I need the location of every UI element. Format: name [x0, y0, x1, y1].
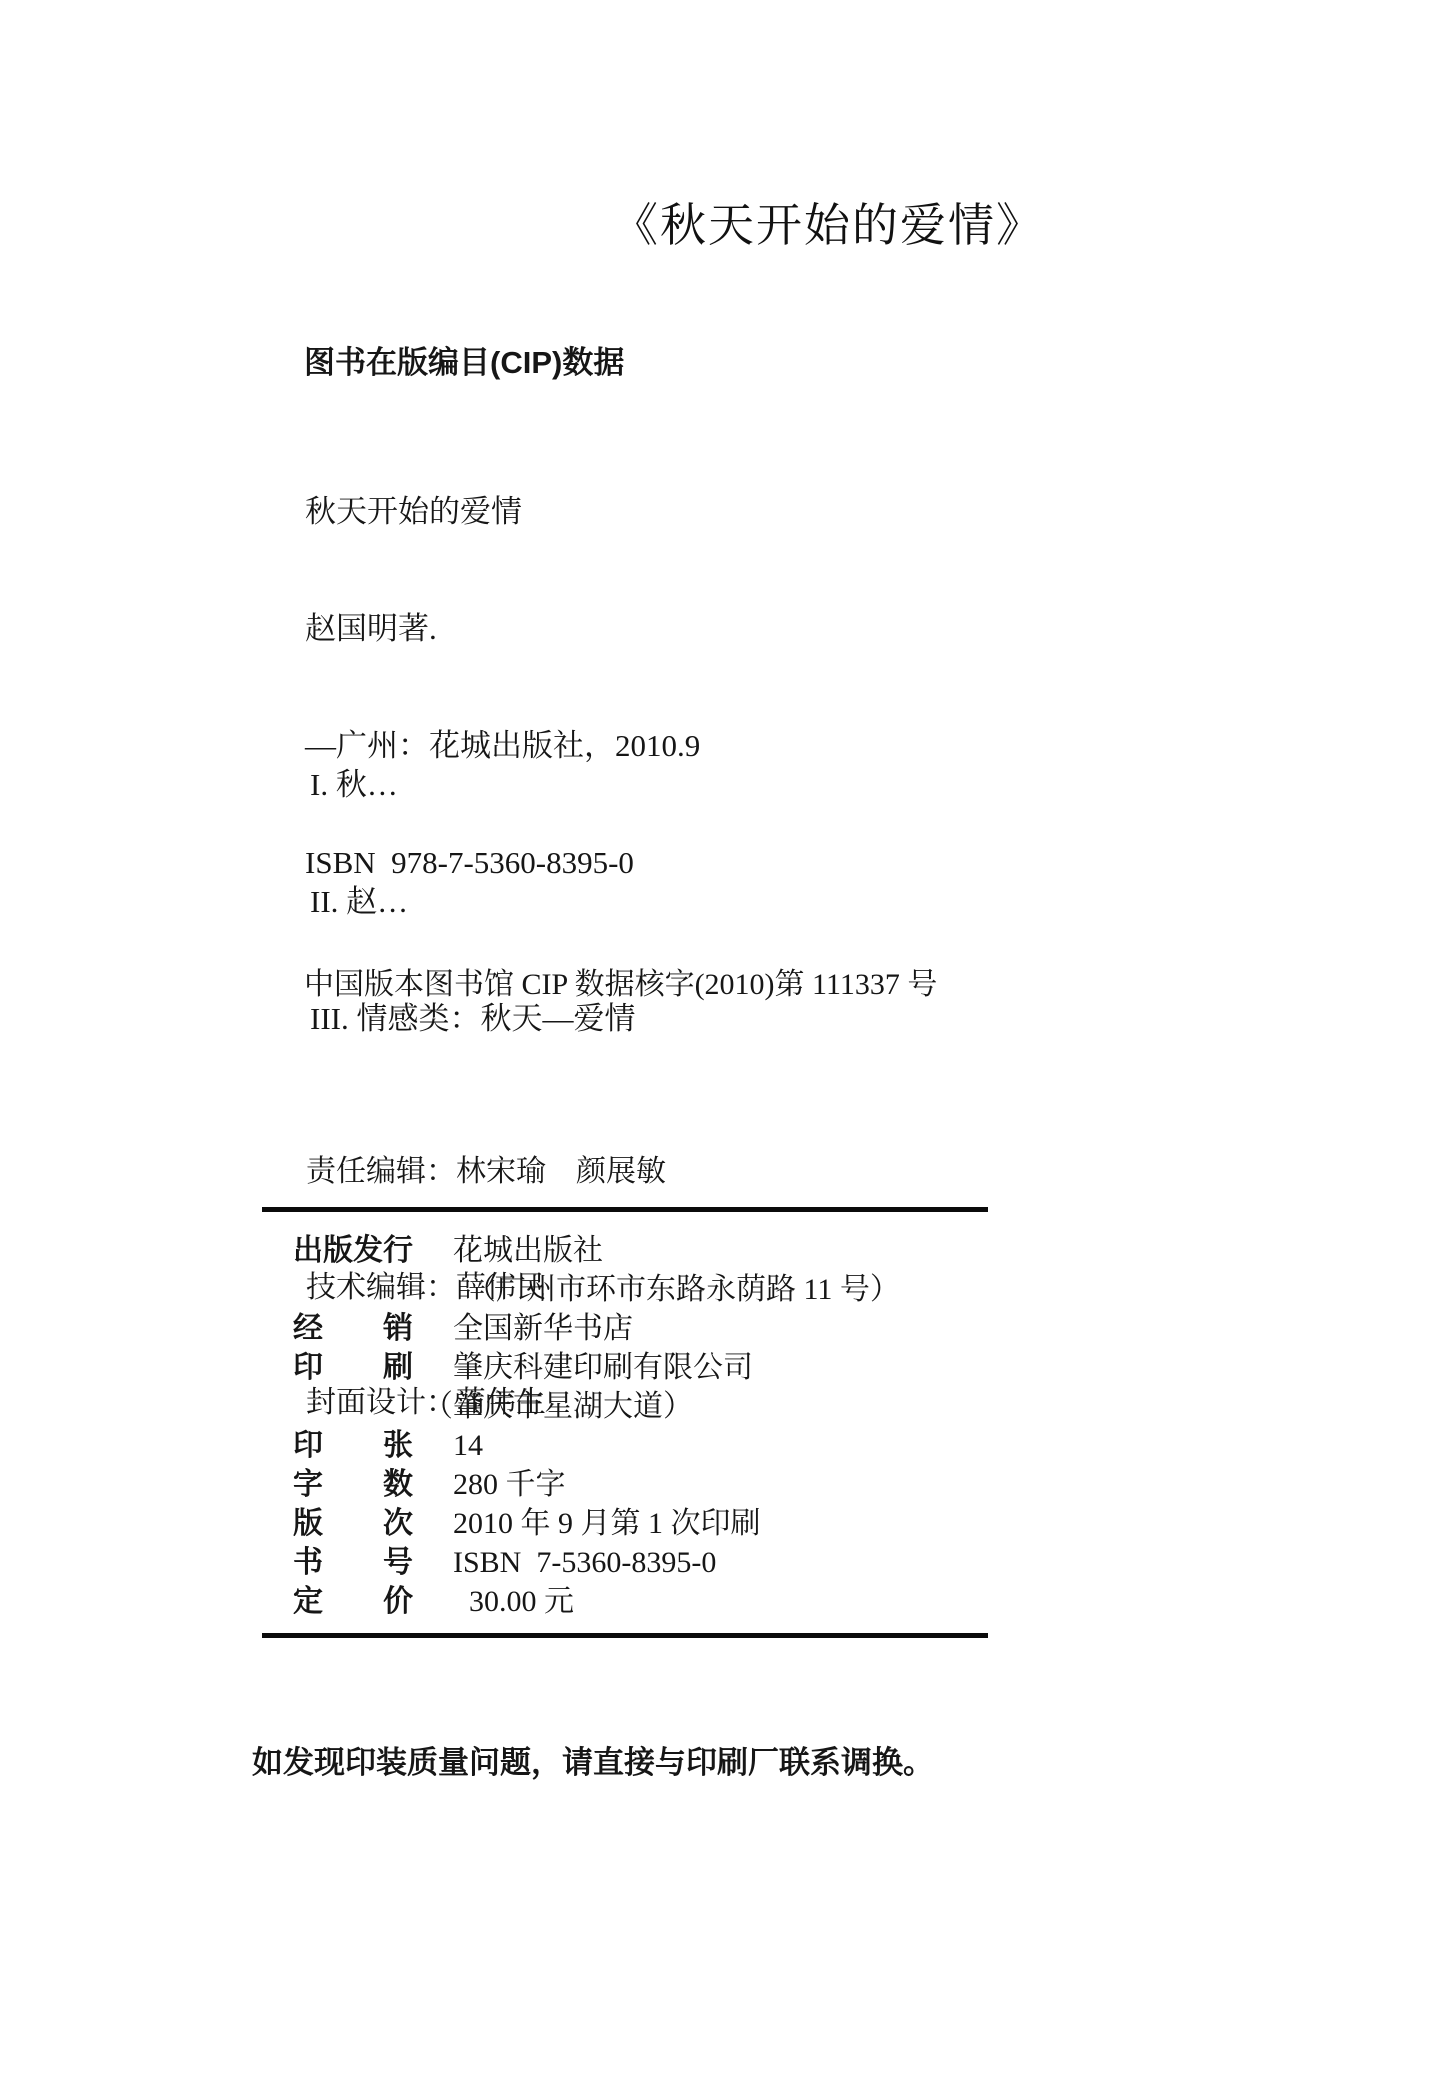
copyright-page: 《秋天开始的爱情》 图书在版编目(CIP)数据 秋天开始的爱情 赵国明著. —广…: [0, 0, 1450, 2100]
classification-item-3: III. 情感类：秋天—爱情: [310, 999, 635, 1038]
colophon-value: 280 千字: [453, 1465, 566, 1504]
colophon-value: 2010 年 9 月第 1 次印刷: [453, 1504, 761, 1543]
colophon-value: （广州市环市东路永荫路 11 号）: [466, 1270, 900, 1309]
colophon-row-printer: 印刷 肇庆科建印刷有限公司: [0, 1348, 1450, 1387]
colophon-row-price: 定价 30.00 元: [0, 1582, 1450, 1621]
colophon-value: ISBN 7-5360-8395-0: [453, 1543, 716, 1582]
divider-bottom: [262, 1633, 988, 1638]
colophon-label: 定价: [293, 1582, 413, 1621]
colophon-label: 经销: [293, 1309, 413, 1348]
colophon-label: 版次: [293, 1504, 413, 1543]
classification-item-1: I. 秋…: [310, 765, 635, 804]
colophon-value: 14: [453, 1426, 483, 1465]
book-info-author-line: 赵国明著.: [305, 609, 700, 648]
classification-item-2: II. 赵…: [310, 882, 635, 921]
colophon-value: 花城出版社: [453, 1231, 603, 1270]
colophon-label: 书号: [293, 1543, 413, 1582]
colophon-row-publisher: 出版发行 花城出版社: [0, 1231, 1450, 1270]
colophon-value: 30.00 元: [469, 1582, 574, 1621]
cip-record-number: 中国版本图书馆 CIP 数据核字(2010)第 111337 号: [304, 966, 937, 1004]
colophon-row-edition: 版次 2010 年 9 月第 1 次印刷: [0, 1504, 1450, 1543]
colophon-label: 印张: [293, 1426, 413, 1465]
colophon-row-word-count: 字数 280 千字: [0, 1465, 1450, 1504]
print-quality-notice: 如发现印装质量问题，请直接与印刷厂联系调换。: [252, 1737, 934, 1782]
staff-editor-line: 责任编辑：林宋瑜 颜展敏: [306, 1153, 666, 1192]
colophon-row-printer-address: （肇庆市星湖大道）: [0, 1387, 1450, 1426]
book-title: 《秋天开始的爱情》: [612, 189, 1044, 255]
colophon-row-publisher-address: （广州市环市东路永荫路 11 号）: [0, 1270, 1450, 1309]
colophon-value: 全国新华书店: [453, 1309, 633, 1348]
colophon-label: 字数: [293, 1465, 413, 1504]
colophon-row-distributor: 经销 全国新华书店: [0, 1309, 1450, 1348]
colophon-table: 出版发行 花城出版社 （广州市环市东路永荫路 11 号） 经销 全国新华书店 印…: [0, 1231, 1450, 1621]
colophon-value: 肇庆科建印刷有限公司: [453, 1348, 753, 1387]
cip-heading: 图书在版编目(CIP)数据: [304, 337, 624, 382]
cip-classification-list: I. 秋… II. 赵… III. 情感类：秋天—爱情: [310, 687, 635, 1116]
colophon-label: 印刷: [293, 1348, 413, 1387]
divider-top: [262, 1207, 988, 1212]
colophon-row-sheets: 印张 14: [0, 1426, 1450, 1465]
colophon-label: 出版发行: [293, 1231, 413, 1270]
colophon-row-isbn: 书号 ISBN 7-5360-8395-0: [0, 1543, 1450, 1582]
colophon-value: （肇庆市星湖大道）: [423, 1387, 693, 1426]
book-info-title-line: 秋天开始的爱情: [305, 492, 700, 531]
